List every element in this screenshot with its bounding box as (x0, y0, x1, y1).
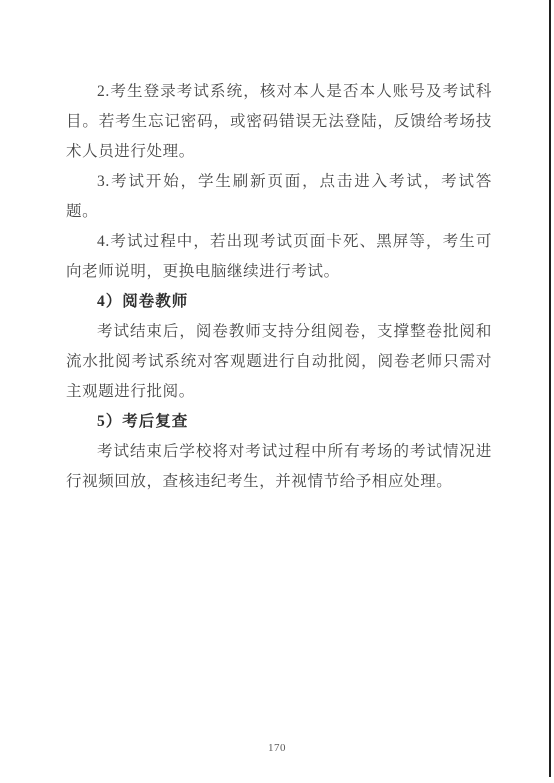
section-heading: 4）阅卷教师 (66, 287, 492, 317)
paragraph: 考试结束后，阅卷教师支持分组阅卷，支撑整卷批阅和流水批阅考试系统对客观题进行自动… (66, 317, 492, 407)
document-page: 2.考生登录考试系统，核对本人是否本人账号及考试科目。若考生忘记密码，或密码错误… (0, 0, 554, 783)
paragraph: 考试结束后学校将对考试过程中所有考场的考试情况进行视频回放，查核违纪考生，并视情… (66, 437, 492, 497)
document-body: 2.考生登录考试系统，核对本人是否本人账号及考试科目。若考生忘记密码，或密码错误… (66, 77, 492, 497)
paragraph: 4.考试过程中，若出现考试页面卡死、黑屏等，考生可向老师说明，更换电脑继续进行考… (66, 227, 492, 287)
section-heading: 5）考后复查 (66, 407, 492, 437)
paragraph: 2.考生登录考试系统，核对本人是否本人账号及考试科目。若考生忘记密码，或密码错误… (66, 77, 492, 167)
page-number: 170 (0, 742, 554, 754)
paragraph: 3.考试开始，学生刷新页面，点击进入考试，考试答题。 (66, 167, 492, 227)
page-edge-line (549, 0, 551, 777)
